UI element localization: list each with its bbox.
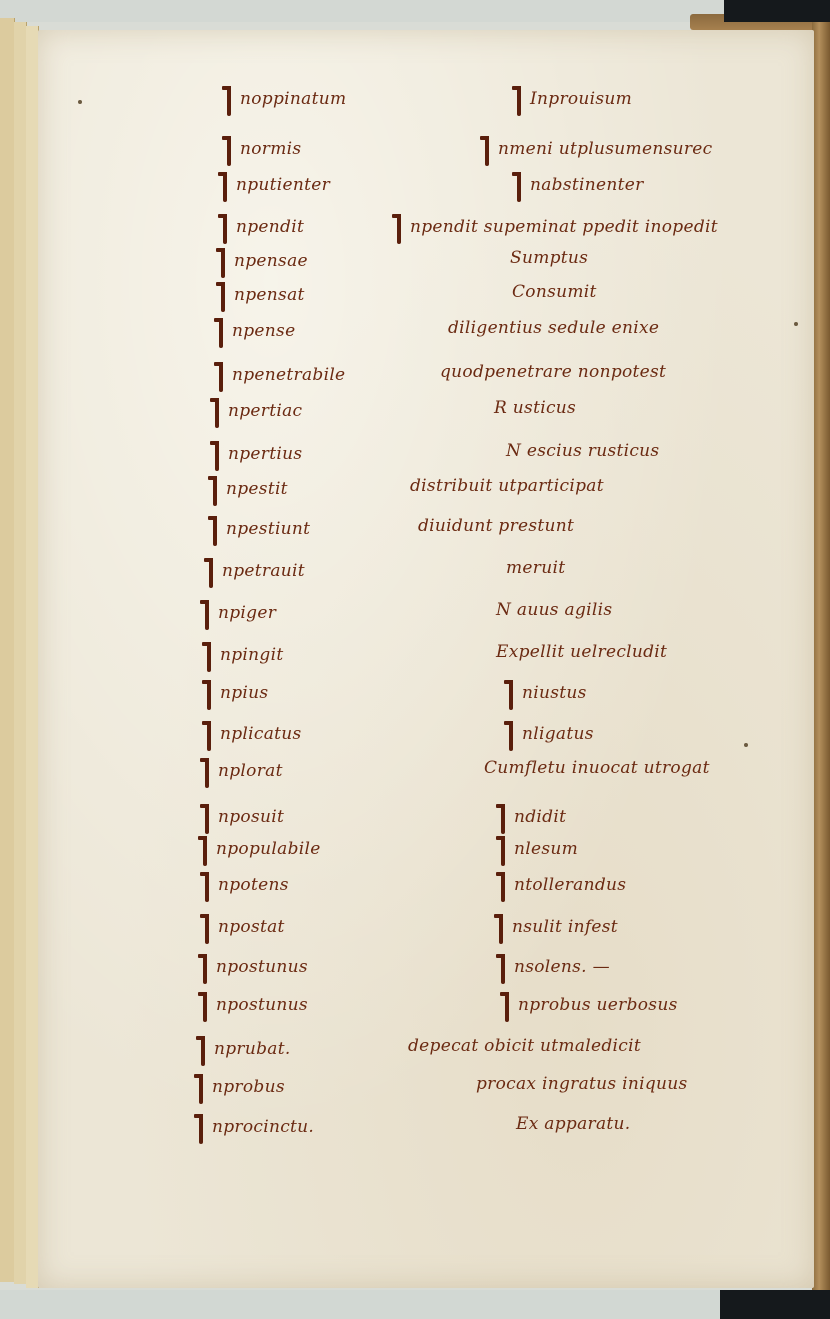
lemma-text: npertiac [228, 401, 302, 421]
initial-i-glyph-icon [200, 914, 208, 944]
glossary-lemma: npestiunt [208, 516, 310, 546]
glossary-lemma: npenetrabile [214, 362, 345, 392]
initial-i-glyph-icon [214, 362, 222, 392]
glossary-lemma: npense [214, 318, 295, 348]
initial-i-glyph-icon [202, 642, 210, 672]
lemma-text: npius [220, 683, 268, 703]
gloss-text: nsolens. — [514, 957, 610, 977]
gloss-text: nabstinenter [530, 175, 644, 195]
initial-i-glyph-icon [196, 1036, 204, 1066]
lemma-text: npertius [228, 444, 302, 464]
lemma-text: noppinatum [240, 89, 346, 109]
glossary-lemma: nprocinctu. [194, 1114, 314, 1144]
glossary-lemma: npestit [208, 476, 288, 506]
initial-i-glyph-icon [194, 1074, 202, 1104]
glossary-lemma: nprobus [194, 1074, 285, 1104]
initial-i-glyph-icon [200, 758, 208, 788]
glossary-gloss: nprobus uerbosus [500, 992, 678, 1022]
initial-i-glyph-icon [504, 721, 512, 751]
page-stack-edge [0, 18, 15, 1282]
gloss-text: nlesum [514, 839, 578, 859]
lemma-text: nposuit [218, 807, 284, 827]
lemma-text: npensae [234, 251, 308, 271]
lemma-text: npostunus [216, 957, 308, 977]
gloss-text: nsulit infest [512, 917, 618, 937]
glossary-gloss: distribuit utparticipat [410, 476, 604, 496]
initial-i-glyph-icon [204, 558, 212, 588]
lemma-text: npenetrabile [232, 365, 345, 385]
initial-i-glyph-icon [198, 992, 206, 1022]
gloss-text: Sumptus [510, 248, 588, 268]
lemma-text: npingit [220, 645, 283, 665]
glossary-gloss: meruit [506, 558, 565, 578]
gloss-text: N auus agilis [496, 600, 612, 620]
gloss-text: ndidit [514, 807, 566, 827]
glossary-gloss: procax ingratus iniquus [476, 1074, 688, 1094]
glossary-gloss: ntollerandus [496, 872, 626, 902]
initial-i-glyph-icon [216, 248, 224, 278]
glossary-lemma: npetrauit [204, 558, 305, 588]
glossary-lemma: npostunus [198, 992, 308, 1022]
initial-i-glyph-icon [216, 282, 224, 312]
initial-i-glyph-icon [504, 680, 512, 710]
glossary-lemma: npertius [210, 441, 302, 471]
gloss-text: Cumfletu inuocat utrogat [484, 758, 710, 778]
gloss-text: Ex apparatu. [516, 1114, 630, 1134]
gloss-text: diligentius sedule enixe [448, 318, 659, 338]
binding-spine-edge [812, 22, 830, 1297]
lemma-text: npostunus [216, 995, 308, 1015]
lemma-text: npense [232, 321, 295, 341]
glossary-gloss: R usticus [494, 398, 576, 418]
initial-i-glyph-icon [496, 804, 504, 834]
initial-i-glyph-icon [210, 441, 218, 471]
glossary-lemma: npendit [218, 214, 304, 244]
glossary-lemma: nplorat [200, 758, 283, 788]
initial-i-glyph-icon [222, 86, 230, 116]
gloss-text: R usticus [494, 398, 576, 418]
glossary-gloss: nligatus [504, 721, 594, 751]
gloss-text: Expellit uelrecludit [496, 642, 667, 662]
lemma-text: nplorat [218, 761, 283, 781]
glossary-lemma: npopulabile [198, 836, 321, 866]
glossary-gloss: Consumit [512, 282, 597, 302]
glossary-gloss: npendit supeminat ppedit inopedit [392, 214, 718, 244]
lemma-text: nprubat. [214, 1039, 291, 1059]
glossary-gloss: nsulit infest [494, 914, 618, 944]
glossary-gloss: N escius rusticus [506, 441, 659, 461]
initial-i-glyph-icon [494, 914, 502, 944]
gloss-text: nmeni utplusumensurec [498, 139, 712, 159]
initial-i-glyph-icon [500, 992, 508, 1022]
lemma-text: npestit [226, 479, 288, 499]
initial-i-glyph-icon [208, 476, 216, 506]
lemma-text: nplicatus [220, 724, 302, 744]
glossary-gloss: quodpenetrare nonpotest [440, 362, 666, 382]
lemma-text: npopulabile [216, 839, 321, 859]
initial-i-glyph-icon [496, 954, 504, 984]
lemma-text: npestiunt [226, 519, 310, 539]
initial-i-glyph-icon [392, 214, 400, 244]
glossary-gloss: Expellit uelrecludit [496, 642, 667, 662]
lemma-text: npensat [234, 285, 305, 305]
lemma-text: npostat [218, 917, 285, 937]
initial-i-glyph-icon [198, 954, 206, 984]
lemma-text: nprobus [212, 1077, 285, 1097]
glossary-gloss: niustus [504, 680, 587, 710]
parchment-blemish [744, 743, 748, 747]
initial-i-glyph-icon [210, 398, 218, 428]
glossary-gloss: nlesum [496, 836, 578, 866]
glossary-gloss: N auus agilis [496, 600, 612, 620]
glossary-lemma: npostat [200, 914, 285, 944]
initial-i-glyph-icon [218, 214, 226, 244]
lemma-text: nprocinctu. [212, 1117, 314, 1137]
glossary-lemma: npotens [200, 872, 289, 902]
glossary-lemma: npertiac [210, 398, 302, 428]
glossary-lemma: npensae [216, 248, 308, 278]
glossary-gloss: diligentius sedule enixe [448, 318, 659, 338]
glossary-lemma: npingit [202, 642, 283, 672]
initial-i-glyph-icon [214, 318, 222, 348]
gloss-text: niustus [522, 683, 587, 703]
lemma-text: npendit [236, 217, 304, 237]
background-dark-corner-top [724, 0, 830, 22]
gloss-text: quodpenetrare nonpotest [440, 362, 666, 382]
parchment-blemish [78, 100, 82, 104]
gloss-text: N escius rusticus [506, 441, 659, 461]
glossary-gloss: ndidit [496, 804, 566, 834]
glossary-gloss: nabstinenter [512, 172, 644, 202]
initial-i-glyph-icon [496, 836, 504, 866]
glossary-lemma: nplicatus [202, 721, 302, 751]
glossary-gloss: Cumfletu inuocat utrogat [484, 758, 710, 778]
glossary-gloss: depecat obicit utmaledicit [408, 1036, 641, 1056]
glossary-lemma: npostunus [198, 954, 308, 984]
glossary-lemma: normis [222, 136, 301, 166]
gloss-text: Consumit [512, 282, 597, 302]
initial-i-glyph-icon [200, 600, 208, 630]
initial-i-glyph-icon [198, 836, 206, 866]
lemma-text: npotens [218, 875, 289, 895]
initial-i-glyph-icon [480, 136, 488, 166]
glossary-lemma: nposuit [200, 804, 284, 834]
gloss-text: procax ingratus iniquus [476, 1074, 688, 1094]
gloss-text: ntollerandus [514, 875, 626, 895]
lemma-text: normis [240, 139, 301, 159]
lemma-text: npiger [218, 603, 276, 623]
initial-i-glyph-icon [194, 1114, 202, 1144]
glossary-lemma: npius [202, 680, 268, 710]
gloss-text: distribuit utparticipat [410, 476, 604, 496]
glossary-gloss: Ex apparatu. [516, 1114, 630, 1134]
glossary-lemma: npensat [216, 282, 305, 312]
initial-i-glyph-icon [202, 721, 210, 751]
glossary-lemma: nprubat. [196, 1036, 291, 1066]
gloss-text: npendit supeminat ppedit inopedit [410, 217, 718, 237]
background-bottom [0, 1290, 720, 1319]
initial-i-glyph-icon [512, 86, 520, 116]
lemma-text: npetrauit [222, 561, 305, 581]
initial-i-glyph-icon [496, 872, 504, 902]
initial-i-glyph-icon [200, 872, 208, 902]
glossary-gloss: Inprouisum [512, 86, 632, 116]
parchment-blemish [794, 322, 798, 326]
glossary-gloss: Sumptus [510, 248, 588, 268]
initial-i-glyph-icon [222, 136, 230, 166]
background-dark-corner-bottom [720, 1290, 830, 1319]
glossary-lemma: noppinatum [222, 86, 346, 116]
lemma-text: nputienter [236, 175, 330, 195]
initial-i-glyph-icon [208, 516, 216, 546]
gloss-text: diuidunt prestunt [418, 516, 574, 536]
initial-i-glyph-icon [202, 680, 210, 710]
gloss-text: Inprouisum [530, 89, 632, 109]
glossary-gloss: diuidunt prestunt [418, 516, 574, 536]
glossary-gloss: nmeni utplusumensurec [480, 136, 712, 166]
glossary-gloss: nsolens. — [496, 954, 610, 984]
initial-i-glyph-icon [200, 804, 208, 834]
glossary-lemma: npiger [200, 600, 276, 630]
gloss-text: depecat obicit utmaledicit [408, 1036, 641, 1056]
initial-i-glyph-icon [512, 172, 520, 202]
glossary-lemma: nputienter [218, 172, 330, 202]
gloss-text: nprobus uerbosus [518, 995, 678, 1015]
gloss-text: meruit [506, 558, 565, 578]
initial-i-glyph-icon [218, 172, 226, 202]
gloss-text: nligatus [522, 724, 594, 744]
